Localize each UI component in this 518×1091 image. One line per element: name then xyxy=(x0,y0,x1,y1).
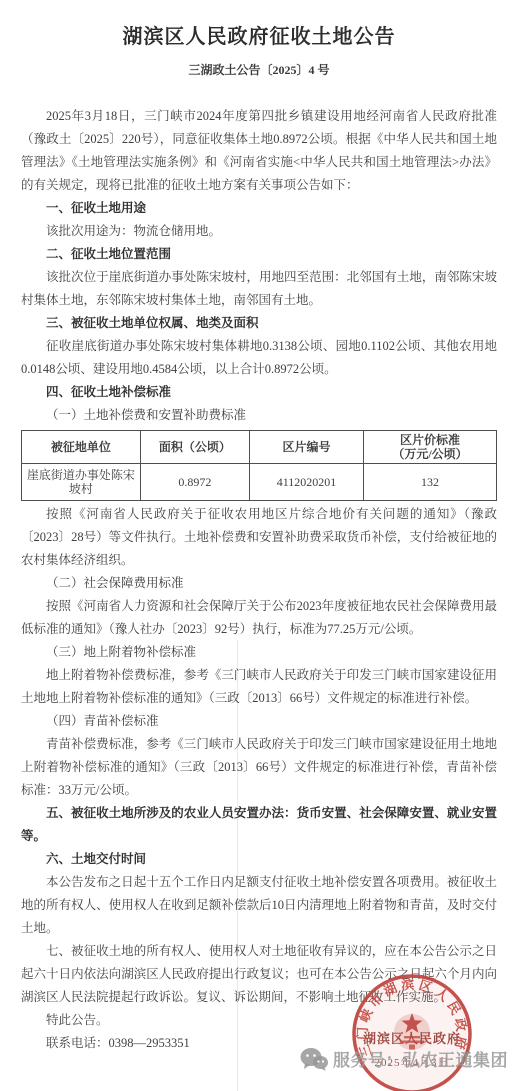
doc-number: 三湖政土公告〔2025〕4 号 xyxy=(21,61,497,78)
page-title: 湖滨区人民政府征收土地公告 xyxy=(21,20,497,49)
section4-sub2-heading: （二）社会保障费用标准 xyxy=(21,572,497,595)
section4-sub1-paragraph: 按照《河南省人民政府关于征收农用地区片综合地价有关问题的通知》（豫政〔2023〕… xyxy=(21,503,497,572)
cell-area: 0.8972 xyxy=(140,464,249,501)
announcement-body: 2025年3月18日，三门峡市2024年度第四批乡镇建设用地经河南省人民政府批准… xyxy=(21,105,497,1055)
section4-heading: 四、征收土地补偿标准 xyxy=(21,381,497,404)
section6-heading: 六、土地交付时间 xyxy=(21,848,497,871)
section2-heading: 二、征收土地位置范围 xyxy=(21,243,497,266)
watermark-text: 服务号：弘农正通集团 xyxy=(333,1046,508,1071)
intro-paragraph: 2025年3月18日，三门峡市2024年度第四批乡镇建设用地经河南省人民政府批准… xyxy=(21,105,497,197)
table-header-block-price: 区片价标准 （万元/公顷） xyxy=(364,431,497,464)
compensation-table: 被征地单位 面积（公顷） 区片编号 区片价标准 （万元/公顷） 崖底街道办事处陈… xyxy=(21,430,497,501)
section5-heading: 五、被征收土地所涉及的农业人员安置办法：货币安置、社会保障安置、就业安置等。 xyxy=(21,802,497,848)
section2-paragraph: 该批次位于崖底街道办事处陈宋坡村，用地四至范围：北邻国有土地，南邻陈宋坡村集体土… xyxy=(21,266,497,312)
official-seal: 三门峡市湖滨区人民政府 xyxy=(350,972,474,1091)
section4-sub3-paragraph: 地上附着物补偿费标准，参考《三门峡市人民政府关于印发三门峡市国家建设征用土地地上… xyxy=(21,664,497,710)
section4-sub1-heading: （一）土地补偿费和安置补助费标准 xyxy=(21,404,497,427)
wechat-icon xyxy=(300,1047,328,1071)
table-row: 崖底街道办事处陈宋坡村 0.8972 4112020201 132 xyxy=(22,464,497,501)
table-header-row: 被征地单位 面积（公顷） 区片编号 区片价标准 （万元/公顷） xyxy=(22,431,497,464)
announcement-page: 湖滨区人民政府征收土地公告 三湖政土公告〔2025〕4 号 2025年3月18日… xyxy=(0,0,518,1055)
section4-sub4-paragraph: 青苗补偿费标准，参考《三门峡市人民政府关于印发三门峡市国家建设征用土地地上附着物… xyxy=(21,733,497,802)
cell-block-price: 132 xyxy=(364,464,497,501)
cell-unit: 崖底街道办事处陈宋坡村 xyxy=(22,464,141,501)
table-header-unit: 被征地单位 xyxy=(22,431,141,464)
section4-sub4-heading: （四）青苗补偿标准 xyxy=(21,710,497,733)
table-header-block-number: 区片编号 xyxy=(250,431,364,464)
section3-heading: 三、被征收土地单位权属、地类及面积 xyxy=(21,312,497,335)
section4-sub3-heading: （三）地上附着物补偿标准 xyxy=(21,641,497,664)
section3-paragraph: 征收崖底街道办事处陈宋坡村集体耕地0.3138公顷、园地0.1102公顷、其他农… xyxy=(21,335,497,381)
section1-heading: 一、征收土地用途 xyxy=(21,197,497,220)
table-header-area: 面积（公顷） xyxy=(140,431,249,464)
cell-block-number: 4112020201 xyxy=(250,464,364,501)
section4-sub2-paragraph: 按照《河南省人力资源和社会保障厅关于公布2023年度被征地农民社会保障费用最低标… xyxy=(21,595,497,641)
watermark: 服务号：弘农正通集团 xyxy=(300,1046,508,1071)
section1-paragraph: 该批次用途为：物流仓储用地。 xyxy=(21,220,497,243)
section6-paragraph: 本公告发布之日起十五个工作日内足额支付征收土地补偿安置各项费用。被征收土地的所有… xyxy=(21,871,497,940)
